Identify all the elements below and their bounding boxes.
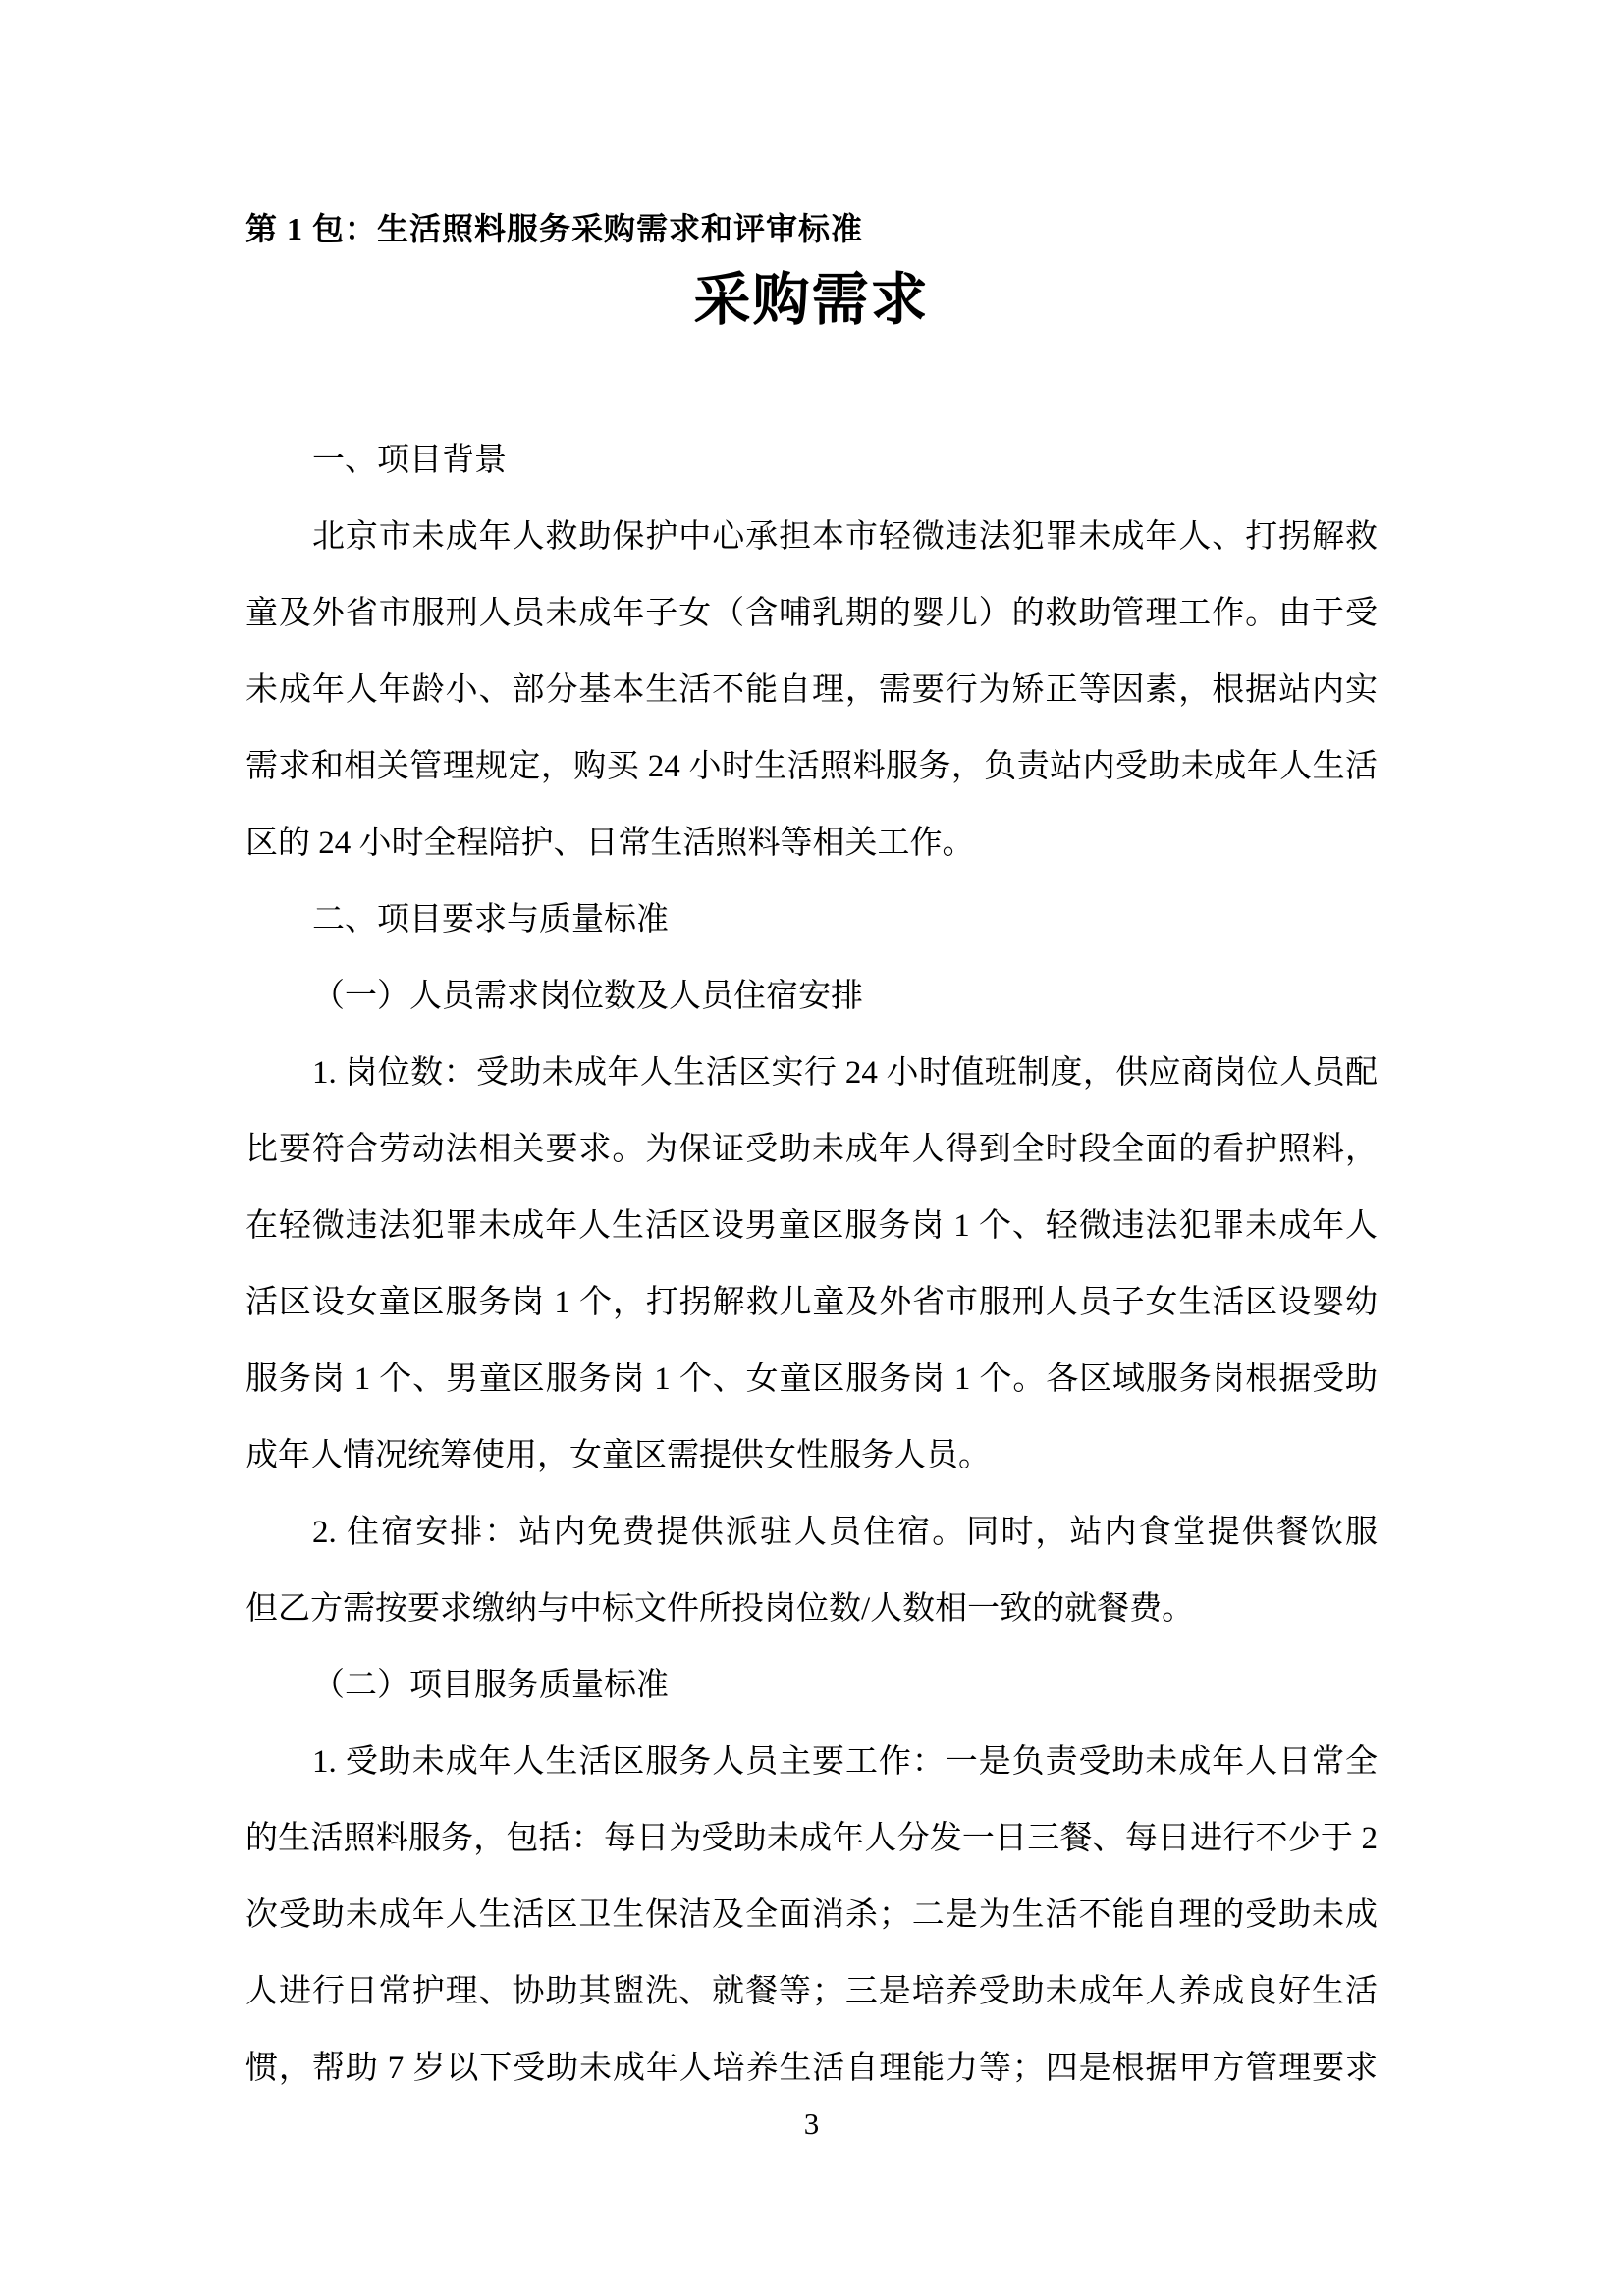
page-title: 采购需求	[245, 263, 1378, 338]
text-line: 在轻微违法犯罪未成年人生活区设男童区服务岗 1 个、轻微违法犯罪未成年人生	[245, 1188, 1378, 1264]
text-line: 需求和相关管理规定，购买 24 小时生活照料服务，负责站内受助未成年人生活	[245, 728, 1378, 805]
text-line: 未成年人年龄小、部分基本生活不能自理，需要行为矫正等因素，根据站内实际	[245, 652, 1378, 728]
text-line: 次受助未成年人生活区卫生保洁及全面消杀；二是为生活不能自理的受助未成年	[245, 1877, 1378, 1953]
page-number: 3	[245, 2103, 1378, 2146]
text-line: 但乙方需按要求缴纳与中标文件所投岗位数/人数相一致的就餐费。	[245, 1571, 1378, 1647]
text-line: 1. 受助未成年人生活区服务人员主要工作：一是负责受助未成年人日常全面	[245, 1724, 1378, 1800]
section-heading: （一）人员需求岗位数及人员住宿安排	[245, 958, 1378, 1035]
section-heading: （二）项目服务质量标准	[245, 1647, 1378, 1724]
text-line: 2. 住宿安排：站内免费提供派驻人员住宿。同时，站内食堂提供餐饮服务，	[245, 1494, 1378, 1571]
text-line: 的生活照料服务，包括：每日为受助未成年人分发一日三餐、每日进行不少于 2	[245, 1800, 1378, 1877]
text-line: 服务岗 1 个、男童区服务岗 1 个、女童区服务岗 1 个。各区域服务岗根据受助…	[245, 1341, 1378, 1417]
text-line: 北京市未成年人救助保护中心承担本市轻微违法犯罪未成年人、打拐解救儿	[245, 499, 1378, 575]
document-body: 一、项目背景北京市未成年人救助保护中心承担本市轻微违法犯罪未成年人、打拐解救儿童…	[245, 422, 1378, 2107]
text-line: 成年人情况统筹使用，女童区需提供女性服务人员。	[245, 1417, 1378, 1494]
section-heading: 二、项目要求与质量标准	[245, 881, 1378, 958]
text-line: 惯，帮助 7 岁以下受助未成年人培养生活自理能力等；四是根据甲方管理要求组	[245, 2030, 1378, 2107]
document-page: 第 1 包：生活照料服务采购需求和评审标准 采购需求 一、项目背景北京市未成年人…	[0, 0, 1624, 2296]
text-line: 1. 岗位数：受助未成年人生活区实行 24 小时值班制度，供应商岗位人员配	[245, 1035, 1378, 1111]
text-line: 区的 24 小时全程陪护、日常生活照料等相关工作。	[245, 805, 1378, 881]
section-heading: 一、项目背景	[245, 422, 1378, 499]
text-line: 人进行日常护理、协助其盥洗、就餐等；三是培养受助未成年人养成良好生活习	[245, 1953, 1378, 2030]
text-line: 比要符合劳动法相关要求。为保证受助未成年人得到全时段全面的看护照料，需	[245, 1111, 1378, 1188]
text-line: 童及外省市服刑人员未成年子女（含哺乳期的婴儿）的救助管理工作。由于受助	[245, 575, 1378, 652]
text-line: 活区设女童区服务岗 1 个，打拐解救儿童及外省市服刑人员子女生活区设婴幼儿	[245, 1264, 1378, 1341]
package-heading: 第 1 包：生活照料服务采购需求和评审标准	[245, 210, 1378, 247]
